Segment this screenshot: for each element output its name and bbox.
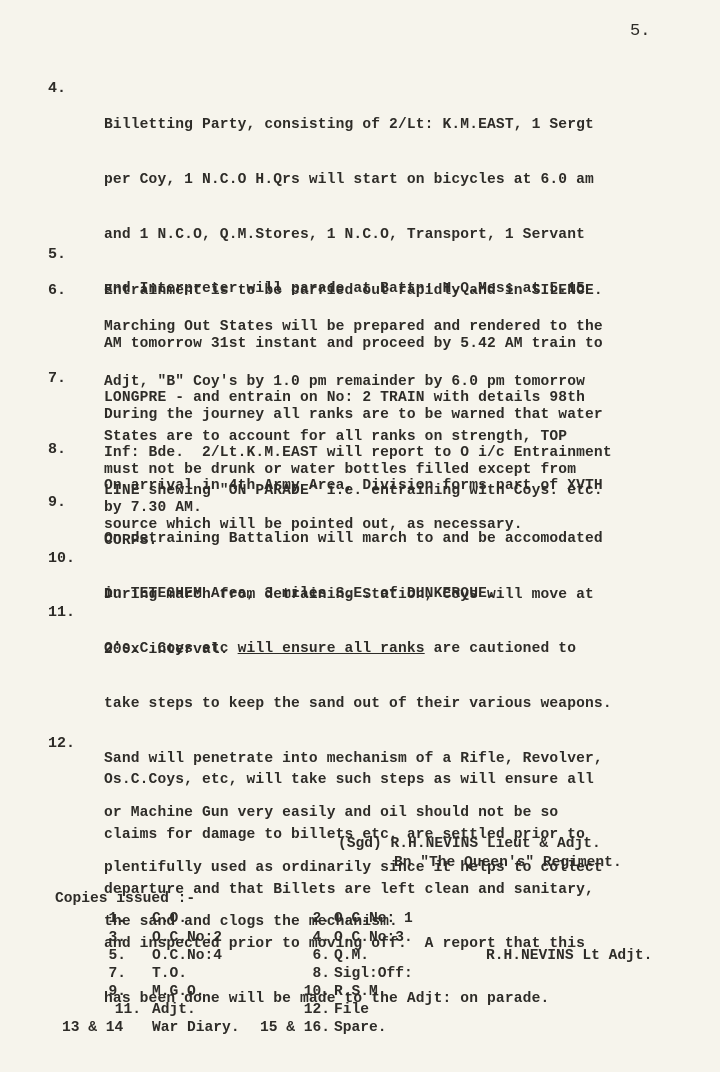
copy-number: 13 & 14 [62, 1020, 123, 1036]
text-line: On detraining Battalion will march to an… [104, 530, 603, 548]
copy-number: 10. [290, 984, 330, 1000]
paragraph-number: 6. [48, 282, 66, 299]
text-line: O's.C.Coys etc will ensure all ranks are… [104, 640, 612, 658]
underlined-text: will ensure all ranks [238, 641, 425, 657]
copy-number: 8. [290, 966, 330, 982]
paragraph-number: 4. [48, 80, 66, 97]
copy-label: Sigl:Off: [334, 966, 413, 982]
copy-number: 5. [100, 948, 126, 964]
text-line: On arrival in 4th Army Area, Division fo… [104, 477, 603, 495]
copy-label: R.S.M. [334, 984, 387, 1000]
copy-label: O.C.No:3. [334, 930, 413, 946]
text-line: Marching Out States will be prepared and… [104, 318, 603, 336]
signature-line-2: Bn "The Queen's" Regiment. [394, 855, 622, 871]
paragraph-number: 9. [48, 494, 66, 511]
paragraph-number: 5. [48, 246, 66, 263]
copy-number: 15 & 16. [246, 1020, 330, 1036]
page-number: 5. [630, 22, 650, 41]
signature-line-1: (Sgd) R.H.NEVINS Lieut & Adjt. [338, 836, 601, 852]
text-line: and 1 N.C.O, Q.M.Stores, 1 N.C.O, Transp… [104, 226, 612, 244]
copy-label: C.O. [152, 911, 187, 927]
paragraph-number: 8. [48, 441, 66, 458]
text-line: During the journey all ranks are to be w… [104, 406, 603, 424]
paragraph-number: 10. [48, 550, 75, 567]
text-line: Os.C.Coys, etc, will take such steps as … [104, 771, 594, 789]
copy-label: Spare. [334, 1020, 387, 1036]
copy-number: 2. [290, 911, 330, 927]
copy-number: 1. [100, 911, 126, 927]
text-line: Billetting Party, consisting of 2/Lt: K.… [104, 116, 612, 134]
text-line: take steps to keep the sand out of their… [104, 695, 612, 713]
copies-issued-heading: Copies issued :- [55, 891, 195, 907]
copy-label: T.O. [152, 966, 187, 982]
copy-number: 6. [290, 948, 330, 964]
copy-label: War Diary. [152, 1020, 240, 1036]
text-line: During march from detraining Station, Co… [104, 586, 594, 604]
copy-label: O.C.No:2 [152, 930, 222, 946]
copy-number: 11. [95, 1002, 141, 1018]
copy-number: 9. [100, 984, 126, 1000]
copy-label: O.C.No:4 [152, 948, 222, 964]
copy-label: File [334, 1002, 369, 1018]
paragraph-number: 7. [48, 370, 66, 387]
copy-label: Adjt. [152, 1002, 196, 1018]
paragraph-number: 12. [48, 735, 75, 752]
text-line: per Coy, 1 N.C.O H.Qrs will start on bic… [104, 171, 612, 189]
document-page: 5. 4. Billetting Party, consisting of 2/… [0, 0, 720, 1072]
paragraph-number: 11. [48, 604, 75, 621]
copy-number: 3. [100, 930, 126, 946]
copies-signoff: R.H.NEVINS Lt Adjt. [486, 948, 652, 964]
copy-label: Q.M. [334, 948, 369, 964]
text-span: O's.C.Coys etc [104, 641, 238, 657]
copy-number: 12. [290, 1002, 330, 1018]
copy-label: O.C.No: 1 [334, 911, 413, 927]
copy-label: M.G.O. [152, 984, 205, 1000]
text-span: are cautioned to [425, 641, 576, 657]
copy-number: 4. [290, 930, 330, 946]
copy-number: 7. [100, 966, 126, 982]
